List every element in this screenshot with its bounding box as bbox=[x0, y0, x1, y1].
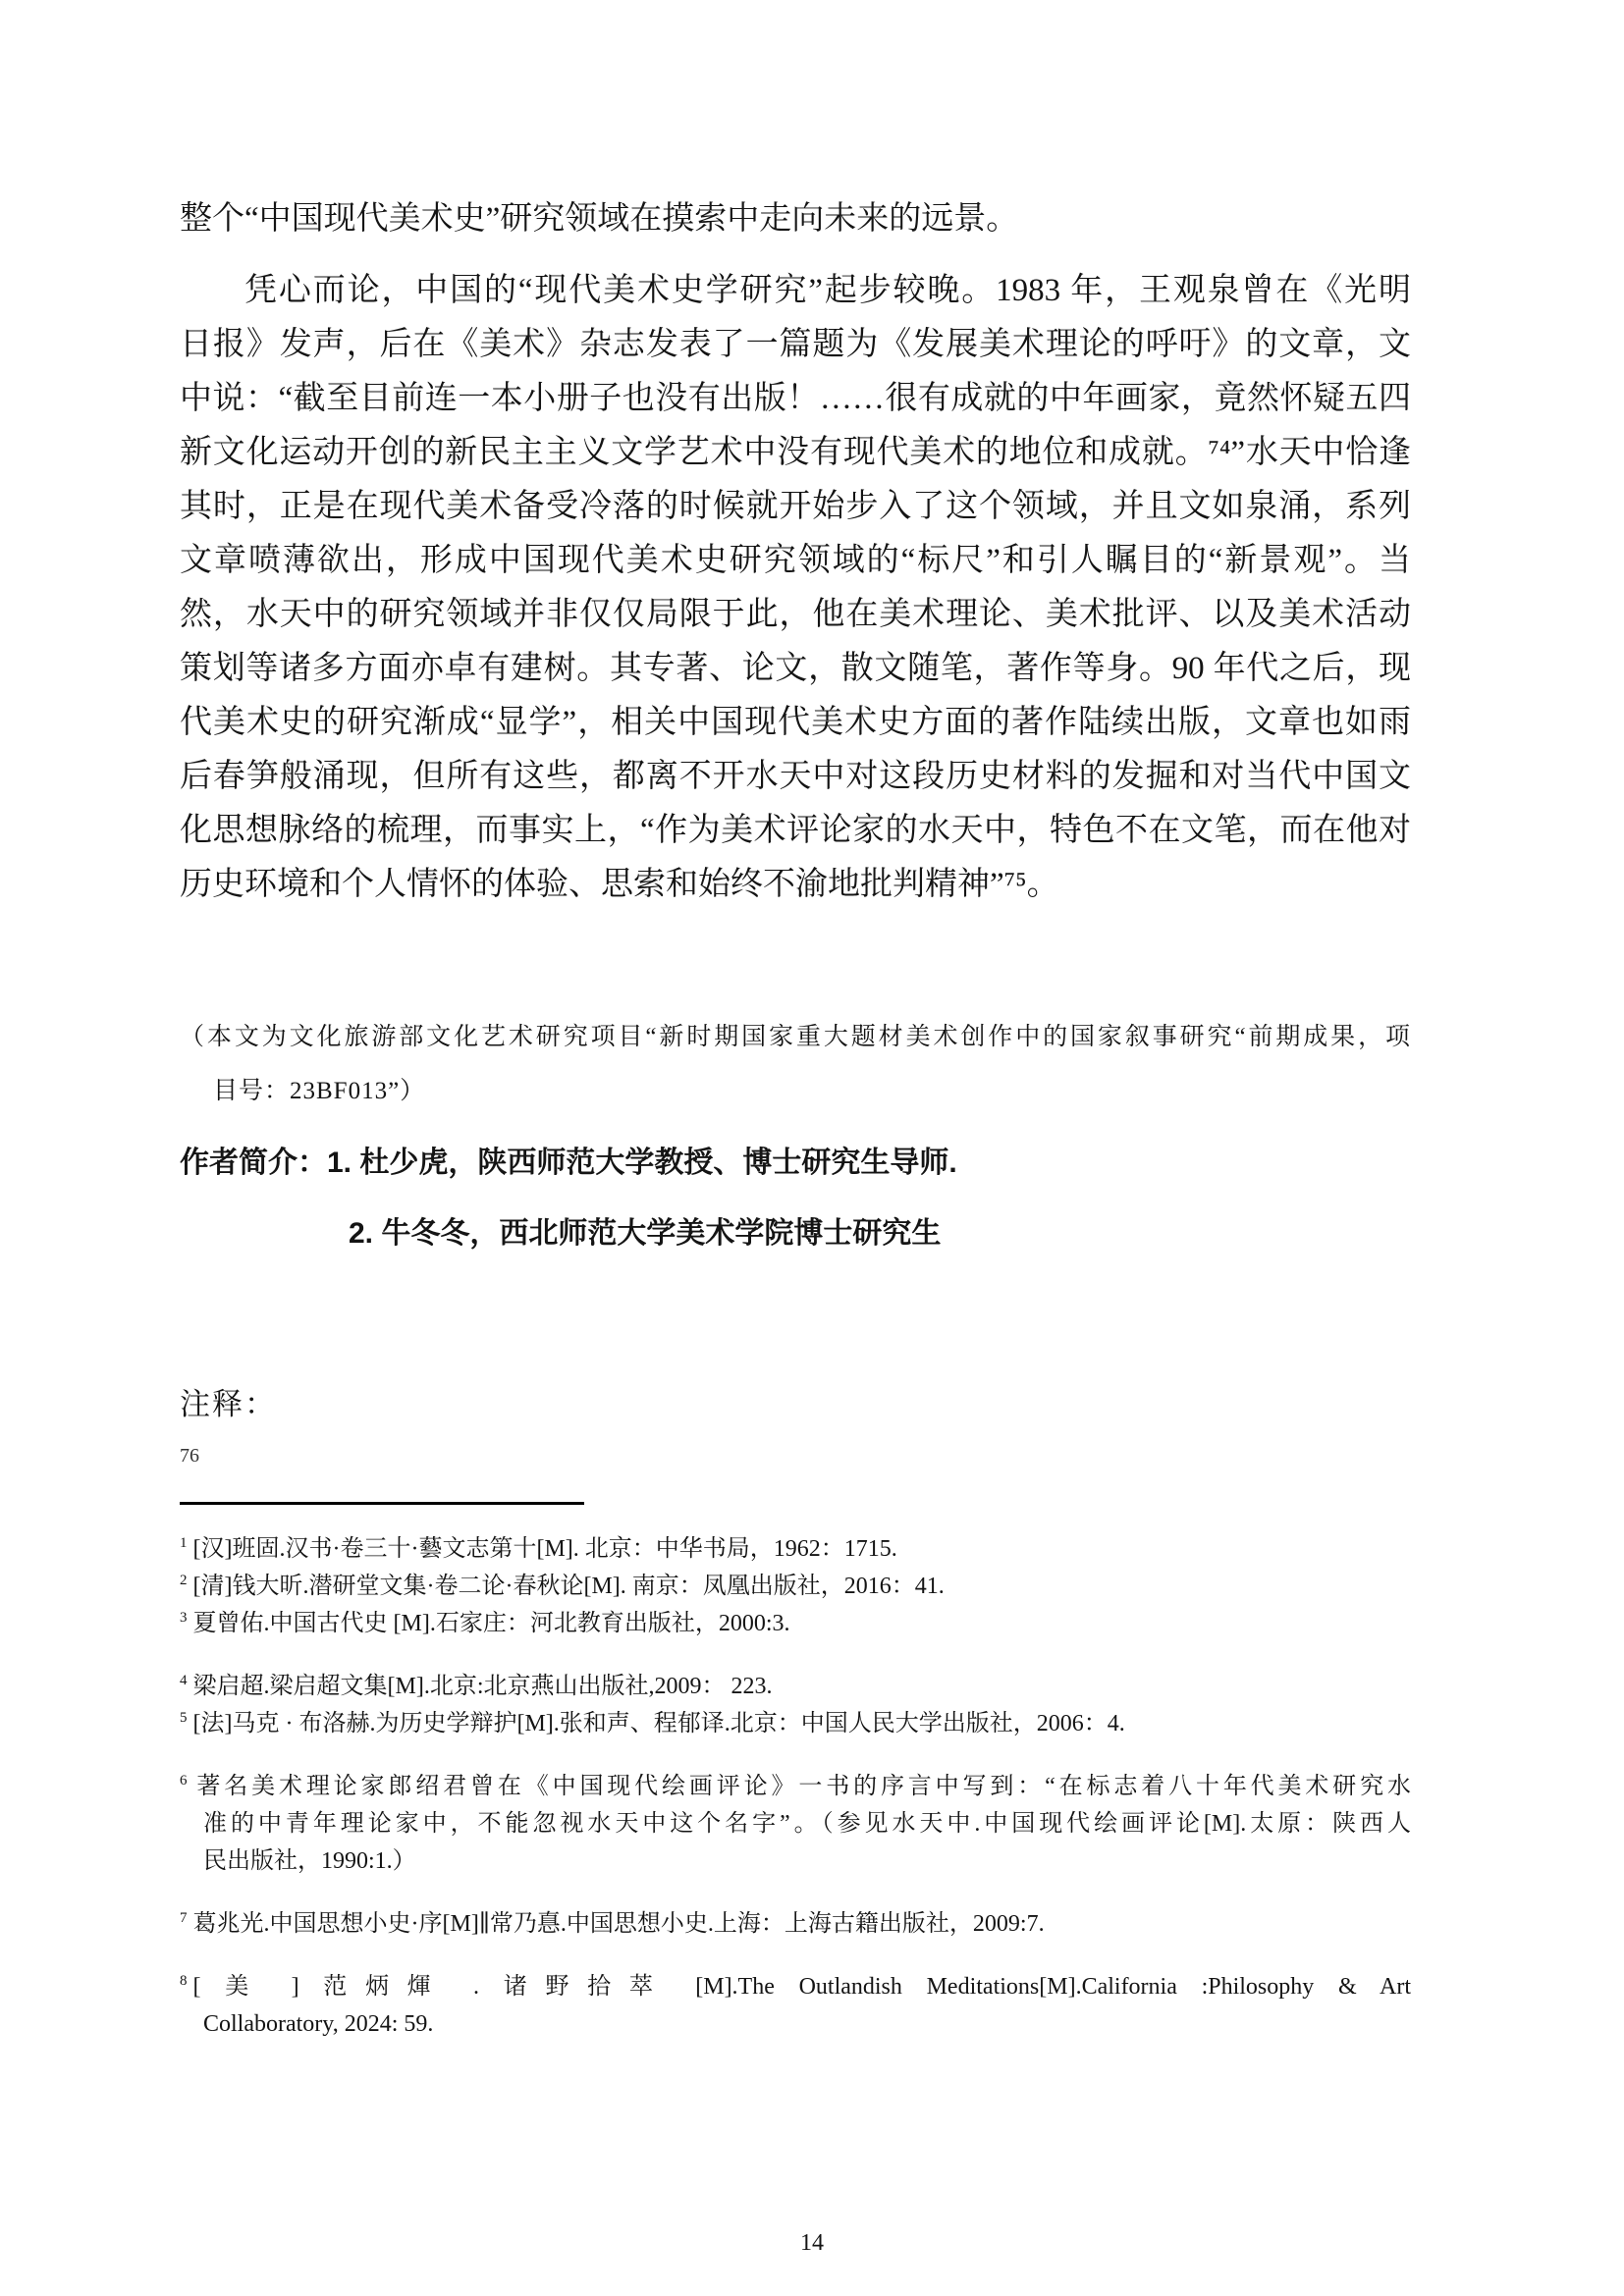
author-bio-label: 作者简介： bbox=[180, 1147, 327, 1179]
funding-note-line: 目号：23BF013”） bbox=[180, 1064, 1411, 1118]
funding-note: （本文为文化旅游部文化艺术研究项目“新时期国家重大题材美术创作中的国家叙事研究“… bbox=[180, 1010, 1411, 1118]
footnote-marker: 8 bbox=[180, 1973, 188, 1989]
paragraph-line: 中说：“截至目前连一本小册子也没有出版！……很有成就的中年画家，竟然怀疑五四 bbox=[180, 372, 1411, 426]
page-content: 整个“中国现代美术史”研究领域在摸索中走向未来的远景。 凭心而论，中国的“现代美… bbox=[180, 0, 1411, 2043]
paragraph-line: 新文化运动开创的新民主主义文学艺术中没有现代美术的地位和成就。⁷⁴”水天中恰逢 bbox=[180, 426, 1411, 480]
document-page: { "body": { "para1_last_line": "整个“中国现代美… bbox=[0, 0, 1624, 2296]
author-bio: 作者简介：1. 杜少虎，陕西师范大学教授、博士研究生导师. 2. 牛冬冬，西北师… bbox=[180, 1128, 1411, 1269]
paragraph-line: 文章喷薄欲出，形成中国现代美术史研究领域的“标尺”和引人瞩目的“新景观”。当 bbox=[180, 534, 1411, 588]
main-paragraph: 凭心而论，中国的“现代美术史学研究”起步较晚。1983 年，王观泉曾在《光明 日… bbox=[180, 264, 1411, 912]
footnote-7: 7葛兆光.中国思想小史·序[M]∥常乃惪.中国思想小史.上海：上海古籍出版社，2… bbox=[180, 1905, 1411, 1943]
notes-heading: 注释： bbox=[180, 1382, 1411, 1426]
footnote-line: 1[汉]班固.汉书·卷三十·藝文志第十[M]. 北京：中华书局，1962：171… bbox=[180, 1530, 1411, 1568]
footnote-marker: 7 bbox=[180, 1910, 188, 1926]
footnote-marker: 3 bbox=[180, 1610, 188, 1626]
paragraph-line: 凭心而论，中国的“现代美术史学研究”起步较晚。1983 年，王观泉曾在《光明 bbox=[180, 264, 1411, 318]
footnote-marker: 1 bbox=[180, 1535, 188, 1551]
footnote-6: 6著名美术理论家郎绍君曾在《中国现代绘画评论》一书的序言中写到：“在标志着八十年… bbox=[180, 1768, 1411, 1880]
footnote-4: 4梁启超.梁启超文集[M].北京:北京燕山出版社,2009： 223. bbox=[180, 1668, 1411, 1705]
footnote-marker: 4 bbox=[180, 1673, 188, 1688]
paragraph-line: 然，水天中的研究领域并非仅仅局限于此，他在美术理论、美术批评、以及美术活动 bbox=[180, 588, 1411, 642]
footnote-line: 准的中青年理论家中，不能忽视水天中这个名字”。（参见水天中.中国现代绘画评论[M… bbox=[180, 1805, 1411, 1842]
footnote-line: 2[清]钱大昕.潜研堂文集·卷二论·春秋论[M]. 南京：凤凰出版社，2016：… bbox=[180, 1568, 1411, 1605]
footnote-line: Collaboratory, 2024: 59. bbox=[180, 2005, 1411, 2043]
paragraph-line: 日报》发声，后在《美术》杂志发表了一篇题为《发展美术理论的呼吁》的文章，文 bbox=[180, 318, 1411, 372]
footnote-marker: 5 bbox=[180, 1710, 188, 1726]
footnote-2: 2[清]钱大昕.潜研堂文集·卷二论·春秋论[M]. 南京：凤凰出版社，2016：… bbox=[180, 1568, 1411, 1605]
paragraph-line: 历史环境和个人情怀的体验、思索和始终不渝地批判精神”⁷⁵。 bbox=[180, 858, 1411, 912]
paragraph-line: 策划等诸多方面亦卓有建树。其专著、论文，散文随笔，著作等身。90 年代之后，现 bbox=[180, 642, 1411, 696]
footnote-8: 8[ 美 ] 范炳煇 . 诸野拾萃 [M].The Outlandish Med… bbox=[180, 1968, 1411, 2043]
author-bio-line-1: 作者简介：1. 杜少虎，陕西师范大学教授、博士研究生导师. bbox=[180, 1128, 1411, 1199]
footnote-line: 7葛兆光.中国思想小史·序[M]∥常乃惪.中国思想小史.上海：上海古籍出版社，2… bbox=[180, 1905, 1411, 1943]
funding-note-line: （本文为文化旅游部文化艺术研究项目“新时期国家重大题材美术创作中的国家叙事研究“… bbox=[180, 1010, 1411, 1064]
footnote-line: 4梁启超.梁启超文集[M].北京:北京燕山出版社,2009： 223. bbox=[180, 1668, 1411, 1705]
footnote-5: 5[法]马克 · 布洛赫.为历史学辩护[M].张和声、程郁译.北京：中国人民大学… bbox=[180, 1705, 1411, 1742]
footnote-1: 1[汉]班固.汉书·卷三十·藝文志第十[M]. 北京：中华书局，1962：171… bbox=[180, 1530, 1411, 1568]
footnote-line: 6著名美术理论家郎绍君曾在《中国现代绘画评论》一书的序言中写到：“在标志着八十年… bbox=[180, 1768, 1411, 1805]
footnote-separator-rule bbox=[180, 1502, 584, 1505]
footnotes-list: 1[汉]班固.汉书·卷三十·藝文志第十[M]. 北京：中华书局，1962：171… bbox=[180, 1530, 1411, 2043]
page-number: 14 bbox=[0, 2230, 1624, 2257]
footnote-line: 3夏曾佑.中国古代史 [M].石家庄：河北教育出版社，2000:3. bbox=[180, 1605, 1411, 1642]
paragraph-line: 代美术史的研究渐成“显学”，相关中国现代美术史方面的著作陆续出版，文章也如雨 bbox=[180, 696, 1411, 750]
footnote-line: 民出版社，1990:1.） bbox=[180, 1842, 1411, 1880]
paragraph-line: 其时，正是在现代美术备受冷落的时候就开始步入了这个领域，并且文如泉涌，系列 bbox=[180, 480, 1411, 534]
author-1: 1. 杜少虎，陕西师范大学教授、博士研究生导师. bbox=[327, 1147, 957, 1179]
footnote-line: 8[ 美 ] 范炳煇 . 诸野拾萃 [M].The Outlandish Med… bbox=[180, 1968, 1411, 2005]
footnote-3: 3夏曾佑.中国古代史 [M].石家庄：河北教育出版社，2000:3. bbox=[180, 1605, 1411, 1642]
footnote-marker: 2 bbox=[180, 1573, 188, 1588]
author-2: 2. 牛冬冬，西北师范大学美术学院博士研究生 bbox=[180, 1199, 1411, 1269]
footnote-line: 5[法]马克 · 布洛赫.为历史学辩护[M].张和声、程郁译.北京：中国人民大学… bbox=[180, 1705, 1411, 1742]
footnote-marker: 6 bbox=[180, 1773, 188, 1789]
paragraph-continuation-line: 整个“中国现代美术史”研究领域在摸索中走向未来的远景。 bbox=[180, 192, 1411, 246]
paragraph-line: 化思想脉络的梳理，而事实上，“作为美术评论家的水天中，特色不在文笔，而在他对 bbox=[180, 804, 1411, 858]
orphan-footnote-number: 76 bbox=[180, 1444, 1411, 1468]
paragraph-line: 后春笋般涌现，但所有这些，都离不开水天中对这段历史材料的发掘和对当代中国文 bbox=[180, 750, 1411, 804]
